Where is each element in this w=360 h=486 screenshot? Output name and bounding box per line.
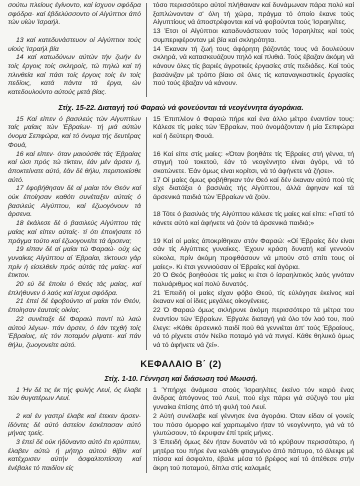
translation-column: 15 Έπιπλέον ό Φαραώ πήρε καί ένα άλλο μέ…: [153, 116, 354, 351]
verse-paragraph: 13 καί κατεδυνάστευον οί Αίγύπτιοι τούς …: [8, 37, 141, 54]
column-divider: [146, 117, 147, 350]
septuagint-column: σούτω πλείους έγίνοντο, καί ίσχυον σφόδρ…: [8, 2, 141, 98]
section-verses-15-22: 15 Καί είπεν ό βασιλεύς τών Αίγυπτίων τα…: [8, 116, 354, 351]
verse-paragraph: 3 έπεί δέ ούκ ήδύναντο αύτό έτι κρύπτειν…: [8, 439, 141, 474]
column-divider: [146, 388, 147, 473]
verse-paragraph: [8, 28, 141, 37]
translation-column: τόσο περισσότερο αύτοί πλήθαιναν καί δυν…: [153, 2, 354, 98]
verse-paragraph: 2 Αύτή συνέλαβε καί γέννησε ένα άγοράκι.…: [153, 413, 354, 439]
verse-paragraph: 20 εύ δέ έποίει ό Θεός τάς μαίας, καί έπ…: [8, 281, 141, 298]
section-heading-verses-15-22: Στίχ. 15-22. Διαταγή τού Φαραώ νά φονεύο…: [8, 103, 354, 112]
section-verses-12-14: σούτω πλείους έγίνοντο, καί ίσχυον σφόδρ…: [8, 2, 354, 98]
verse-paragraph: 15 Καί είπεν ό βασιλεύς τών Αίγυπτίων τα…: [8, 116, 141, 151]
verse-paragraph: 17 Οί μαίες όμως φοβήθηκαν τόν Θεό καί δ…: [153, 177, 354, 203]
verse-paragraph: [8, 404, 141, 413]
verse-paragraph: 17 έφοβήθησαν δέ αί μαίαι τόν Θεόν καί ο…: [8, 185, 141, 220]
bible-page: σούτω πλείους έγίνοντο, καί ίσχυον σφόδρ…: [0, 0, 360, 486]
verse-paragraph: 15 Έπιπλέον ό Φαραώ πήρε καί ένα άλλο μέ…: [153, 116, 354, 142]
verse-paragraph: 22 Ό Φαραώ όμως σκλήρυνε άκόμη περισσότε…: [153, 307, 354, 351]
verse-paragraph: τόσο περισσότερο αύτοί πλήθαιναν καί δυν…: [153, 2, 354, 28]
verse-paragraph: 16 καί είπεν· όταν μαιούσθε τάς Έβραίας …: [8, 151, 141, 186]
verse-paragraph: 18 έκάλεσε δέ ό βασιλεύς Αίγύπτου τάς μα…: [8, 220, 141, 246]
verse-paragraph: 14 καί κατωδύνων αύτών τήν ζωήν έν τοίς …: [8, 54, 141, 98]
verse-paragraph: 14 Έκαναν τή ζωή τους άφόρητη βάζοντάς τ…: [153, 46, 354, 90]
verse-paragraph: 1 Ύπήρχε άνάμεσα στούς Ίσραηλίτες έκείνο…: [153, 387, 354, 413]
verse-paragraph: 20 Ό Θεός βοηθούσε τίς μαίες κι έτσι ό ί…: [153, 272, 354, 289]
verse-paragraph: 1 Ήν δέ τις έκ τής φυλής Λευί, ός έλαβε …: [8, 387, 141, 404]
section-chapter2-verses-1-3: 1 Ήν δέ τις έκ τής φυλής Λευί, ός έλαβε …: [8, 387, 354, 474]
verse-paragraph: 19 Καί οί μαίες άποκρίθηκαν στόν Φαραώ: …: [153, 238, 354, 273]
verse-paragraph: 22 συνέταξε δέ Φαραώ παντί τώ λαώ αύτού …: [8, 316, 141, 351]
translation-column: 1 Ύπήρχε άνάμεσα στούς Ίσραηλίτες έκείνο…: [153, 387, 354, 474]
chapter-heading: ΚΕΦΑΛΑΙΟ Β΄ (2): [8, 359, 354, 369]
verse-paragraph: 2 καί έν γαστρί έλαβε καί έτεκεν άρσεν· …: [8, 413, 141, 439]
septuagint-column: 15 Καί είπεν ό βασιλεύς τών Αίγυπτίων τα…: [8, 116, 141, 351]
verse-paragraph: 16 Καί είπε στίς μαίες: «Όταν βοηθάτε τί…: [153, 151, 354, 177]
verse-paragraph: 3 Έπειδή όμως δέν ήταν δυνατόν νά τό κρύ…: [153, 439, 354, 474]
septuagint-column: 1 Ήν δέ τις έκ τής φυλής Λευί, ός έλαβε …: [8, 387, 141, 474]
verse-paragraph: 13 Έτσι οί Αίγύπτιοι καταδυνάστευαν τούς…: [153, 28, 354, 45]
verse-paragraph: [153, 142, 354, 151]
verse-paragraph: 21 έπεί δέ έφοβούντο αί μαίαι τόν Θεόν, …: [8, 298, 141, 315]
section-heading-verses-1-10: Στίχ. 1-10. Γέννηση καί διάσωση τού Μωυσ…: [8, 374, 354, 383]
column-divider: [146, 3, 147, 97]
verse-paragraph: 19 είπαν δέ αί μαίαι τώ Φαραώ· ούχ ώς γυ…: [8, 246, 141, 281]
verse-paragraph: σούτω πλείους έγίνοντο, καί ίσχυον σφόδρ…: [8, 2, 141, 28]
verse-paragraph: 18 Τότε ό βασιλιάς τής Αίγύπτου κάλεσε τ…: [153, 211, 354, 228]
verse-paragraph: [153, 229, 354, 238]
verse-paragraph: 21 Έπειδή οί μαίες είχαν φόβο Θεού, τίς …: [153, 290, 354, 307]
